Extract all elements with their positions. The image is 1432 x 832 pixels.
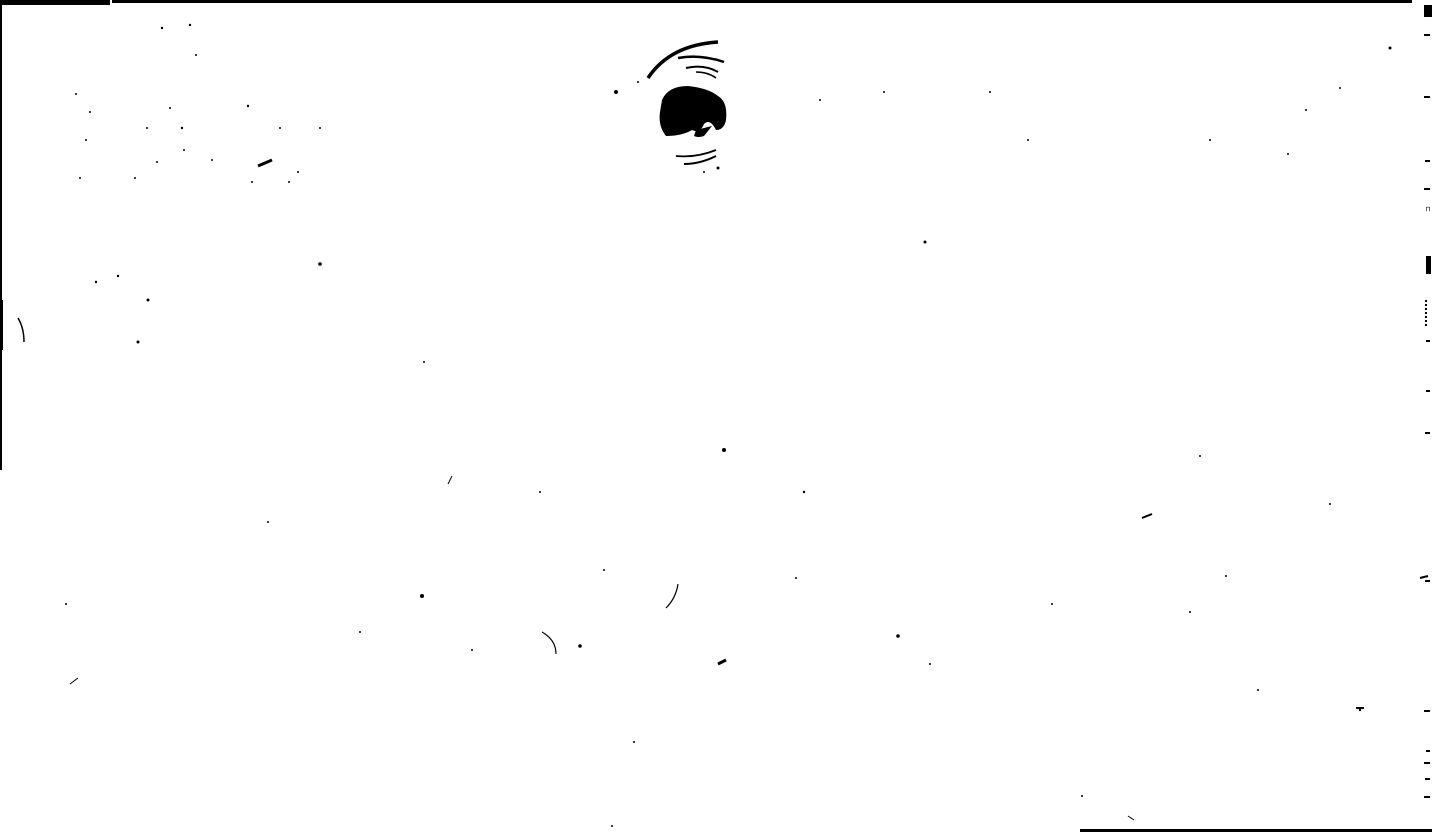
taskbar-glyph-icon[interactable]: ⊏ <box>1423 206 1431 220</box>
taskbar-item[interactable] <box>1424 34 1430 36</box>
taskbar-item[interactable] <box>1424 796 1430 798</box>
window-frame-left-segment <box>0 300 3 350</box>
taskbar-item[interactable] <box>1426 340 1430 342</box>
window-corner-marker <box>1424 5 1432 17</box>
taskbar-item[interactable] <box>1426 750 1430 752</box>
taskbar-item[interactable] <box>1424 188 1430 190</box>
taskbar-glyph-icon[interactable] <box>1426 256 1431 274</box>
taskbar-item[interactable] <box>1424 96 1430 98</box>
vertical-taskbar: ⊏ <box>1418 20 1432 830</box>
window-frame-left <box>0 0 2 470</box>
window-frame-top-left <box>0 0 110 5</box>
taskbar-item[interactable] <box>1425 580 1430 582</box>
taskbar-item[interactable] <box>1424 762 1430 764</box>
taskbar-glyph-icon[interactable] <box>1425 300 1431 326</box>
desktop-screen: ⊏ <box>0 0 1432 832</box>
taskbar-item[interactable] <box>1425 160 1430 162</box>
avatar-icon[interactable] <box>600 30 760 180</box>
taskbar-item[interactable] <box>1425 778 1430 780</box>
window-frame-top <box>112 0 1412 3</box>
taskbar-item[interactable] <box>1426 390 1430 392</box>
taskbar-item[interactable] <box>1424 710 1430 712</box>
taskbar-item[interactable] <box>1425 432 1430 434</box>
